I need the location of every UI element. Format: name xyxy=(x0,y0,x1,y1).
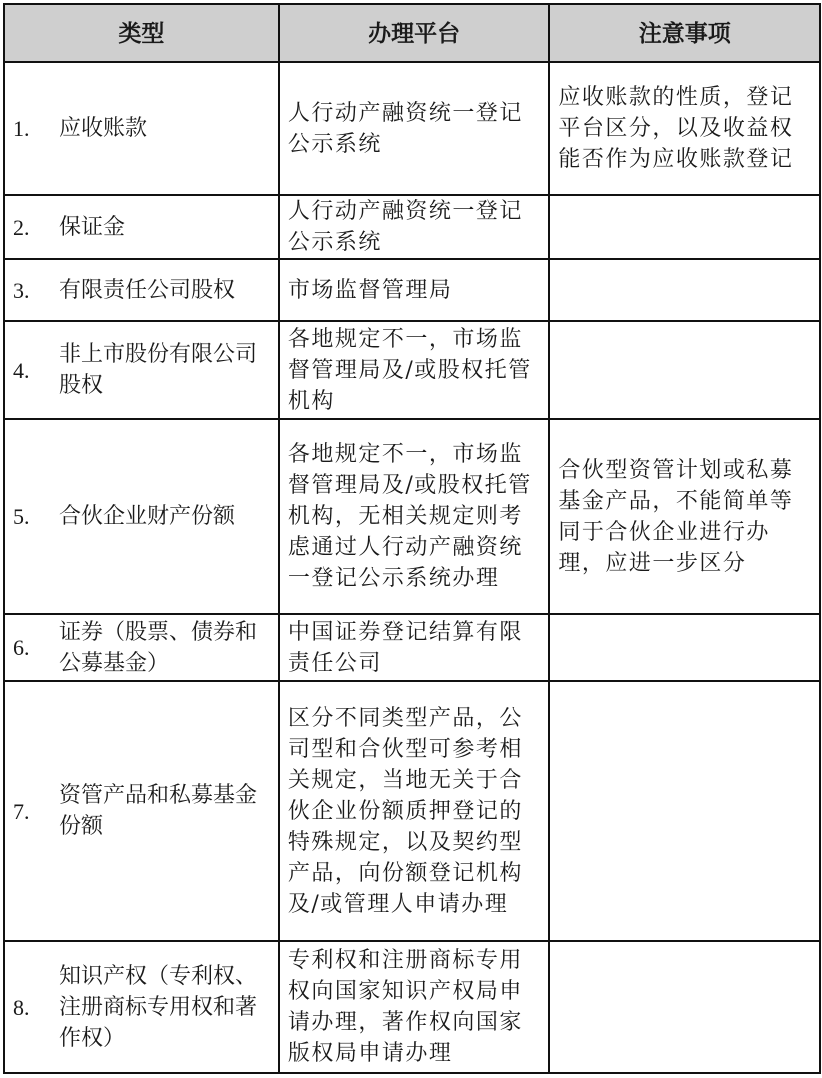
type-label: 有限责任公司股权 xyxy=(59,275,270,306)
platform-cell: 区分不同类型产品，公司型和合伙型可参考相关规定，当地无关于合伙企业份额质押登记的… xyxy=(279,681,550,941)
row-number: 5. xyxy=(13,501,59,532)
row-number: 7. xyxy=(13,796,59,827)
type-label: 资管产品和私募基金份额 xyxy=(59,780,270,842)
type-label: 合伙企业财产份额 xyxy=(59,501,270,532)
header-row: 类型 办理平台 注意事项 xyxy=(4,4,820,62)
table-row: 8. 知识产权（专利权、注册商标专用权和著作权） 专利权和注册商标专用权向国家知… xyxy=(4,941,820,1073)
header-type: 类型 xyxy=(4,4,279,62)
type-label: 证券（股票、债券和公募基金） xyxy=(59,617,270,679)
table-row: 2. 保证金 人行动产融资统一登记公示系统 xyxy=(4,195,820,259)
platform-cell: 各地规定不一，市场监督管理局及/或股权托管机构，无相关规定则考虑通过人行动产融资… xyxy=(279,419,550,614)
table-row: 7. 资管产品和私募基金份额 区分不同类型产品，公司型和合伙型可参考相关规定，当… xyxy=(4,681,820,941)
type-label: 知识产权（专利权、注册商标专用权和著作权） xyxy=(59,961,270,1054)
platform-cell: 专利权和注册商标专用权向国家知识产权局申请办理，著作权向国家版权局申请办理 xyxy=(279,941,550,1073)
row-number: 4. xyxy=(13,355,59,386)
row-number: 3. xyxy=(13,275,59,306)
type-label: 非上市股份有限公司股权 xyxy=(59,339,270,401)
row-number: 6. xyxy=(13,632,59,663)
row-number: 8. xyxy=(13,992,59,1023)
table-row: 5. 合伙企业财产份额 各地规定不一，市场监督管理局及/或股权托管机构，无相关规… xyxy=(4,419,820,614)
type-cell: 3. 有限责任公司股权 xyxy=(4,259,279,321)
notes-cell xyxy=(549,681,820,941)
platform-cell: 人行动产融资统一登记公示系统 xyxy=(279,195,550,259)
notes-cell: 合伙型资管计划或私募基金产品，不能简单等同于合伙企业进行办理，应进一步区分 xyxy=(549,419,820,614)
platform-cell: 各地规定不一，市场监督管理局及/或股权托管机构 xyxy=(279,321,550,419)
notes-cell xyxy=(549,259,820,321)
registration-table: 类型 办理平台 注意事项 1. 应收账款 人行动产融资统一登记公示系统 应收账款… xyxy=(3,3,821,1074)
header-notes: 注意事项 xyxy=(549,4,820,62)
notes-cell xyxy=(549,941,820,1073)
type-cell: 4. 非上市股份有限公司股权 xyxy=(4,321,279,419)
notes-cell xyxy=(549,614,820,681)
platform-cell: 人行动产融资统一登记公示系统 xyxy=(279,62,550,195)
type-cell: 2. 保证金 xyxy=(4,195,279,259)
notes-cell: 应收账款的性质，登记平台区分，以及收益权能否作为应收账款登记 xyxy=(549,62,820,195)
type-cell: 6. 证券（股票、债券和公募基金） xyxy=(4,614,279,681)
row-number: 2. xyxy=(13,212,59,243)
type-cell: 5. 合伙企业财产份额 xyxy=(4,419,279,614)
notes-cell xyxy=(549,321,820,419)
type-label: 应收账款 xyxy=(59,113,270,144)
table-row: 4. 非上市股份有限公司股权 各地规定不一，市场监督管理局及/或股权托管机构 xyxy=(4,321,820,419)
table-row: 6. 证券（股票、债券和公募基金） 中国证券登记结算有限责任公司 xyxy=(4,614,820,681)
type-label: 保证金 xyxy=(59,212,270,243)
type-cell: 8. 知识产权（专利权、注册商标专用权和著作权） xyxy=(4,941,279,1073)
notes-cell xyxy=(549,195,820,259)
platform-cell: 市场监督管理局 xyxy=(279,259,550,321)
platform-cell: 中国证券登记结算有限责任公司 xyxy=(279,614,550,681)
header-platform: 办理平台 xyxy=(279,4,550,62)
row-number: 1. xyxy=(13,113,59,144)
table-row: 1. 应收账款 人行动产融资统一登记公示系统 应收账款的性质，登记平台区分，以及… xyxy=(4,62,820,195)
type-cell: 1. 应收账款 xyxy=(4,62,279,195)
type-cell: 7. 资管产品和私募基金份额 xyxy=(4,681,279,941)
table-row: 3. 有限责任公司股权 市场监督管理局 xyxy=(4,259,820,321)
